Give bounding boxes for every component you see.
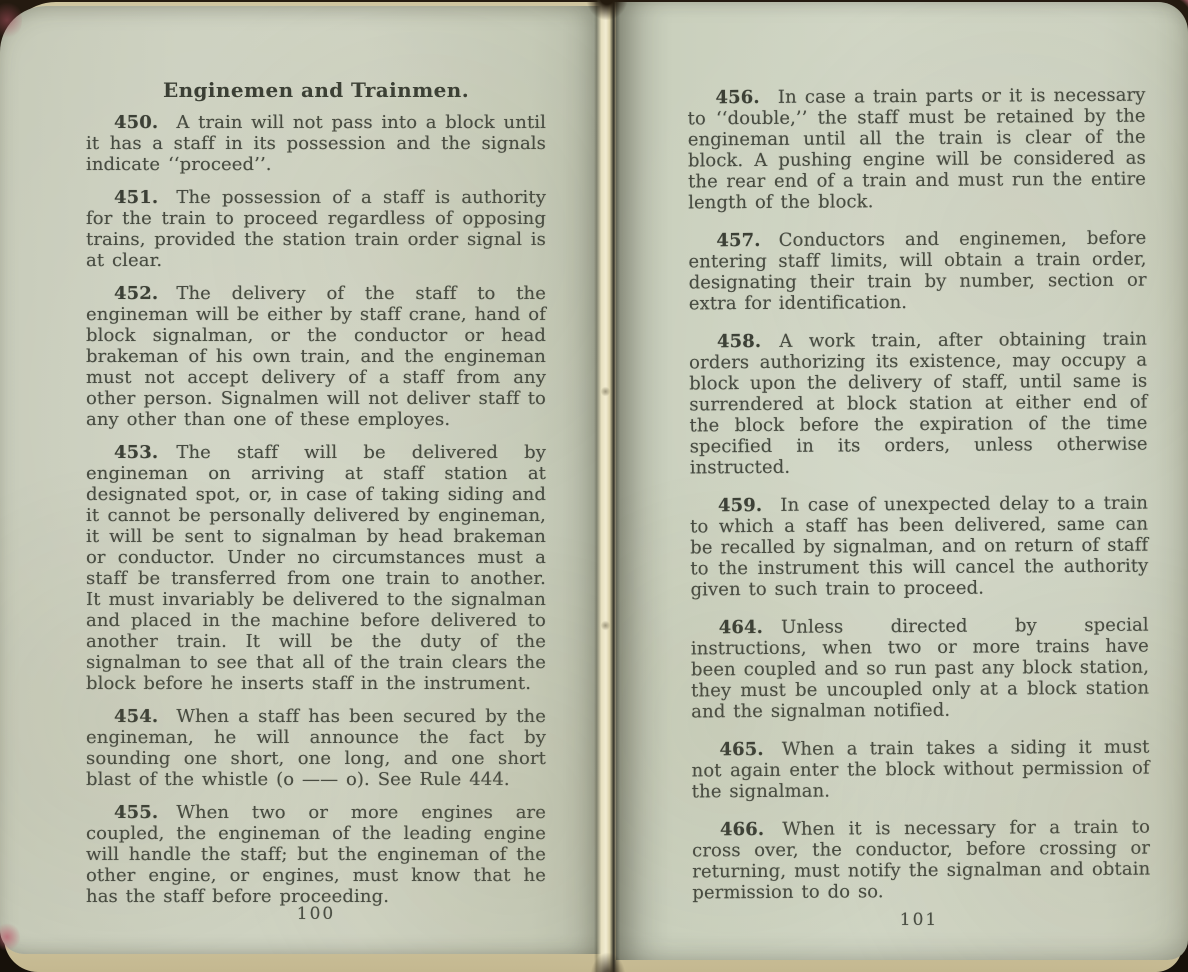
- page-header: Enginemen and Trainmen.: [86, 78, 546, 102]
- rule-paragraph: 457. Conductors and enginemen, before en…: [688, 228, 1147, 315]
- rule-number: 451.: [114, 187, 158, 208]
- rule-number: 454.: [114, 706, 158, 727]
- rule-number: 453.: [114, 442, 158, 463]
- book-scan: Enginemen and Trainmen. 450. A train wil…: [0, 0, 1188, 972]
- rule-number: 452.: [114, 283, 158, 304]
- right-page: 456. In case a train parts or it is nece…: [616, 2, 1188, 960]
- rule-paragraph: 466. When it is necessary for a train to…: [692, 817, 1151, 904]
- rule-paragraph: 450. A train will not pass into a block …: [86, 112, 546, 175]
- rule-number: 457.: [716, 230, 760, 251]
- rule-number: 456.: [715, 87, 759, 108]
- rule-paragraph: 456. In case a train parts or it is nece…: [687, 85, 1146, 214]
- cover-edge-top-right: [1146, 0, 1188, 44]
- cover-edge-bottom-left: [0, 922, 20, 952]
- left-page-content: Enginemen and Trainmen. 450. A train wil…: [86, 78, 546, 919]
- rule-paragraph: 455. When two or more engines are couple…: [86, 802, 546, 907]
- rule-number: 464.: [719, 617, 763, 638]
- rule-paragraph: 465. When a train takes a siding it must…: [691, 737, 1149, 803]
- rule-number: 466.: [720, 819, 764, 840]
- left-page-rules: 450. A train will not pass into a block …: [86, 112, 546, 907]
- page-number-right: 101: [690, 910, 1148, 930]
- rule-number: 465.: [719, 739, 763, 760]
- page-number-left: 100: [86, 904, 546, 924]
- rule-paragraph: 452. The delivery of the staff to the en…: [86, 283, 546, 430]
- rule-paragraph: 454. When a staff has been secured by th…: [86, 706, 546, 790]
- rule-paragraph: 451. The possession of a staff is author…: [86, 187, 546, 271]
- rule-number: 450.: [114, 112, 158, 133]
- rule-paragraph: 464. Unless directed by special instruct…: [691, 615, 1150, 723]
- rule-number: 459.: [718, 495, 762, 516]
- rule-paragraph: 459. In case of unexpected delay to a tr…: [690, 493, 1149, 601]
- cover-edge-top-left: [0, 0, 22, 40]
- rule-number: 455.: [114, 802, 158, 823]
- right-page-content: 456. In case a train parts or it is nece…: [687, 85, 1150, 921]
- rule-paragraph: 453. The staff will be delivered by engi…: [86, 442, 546, 694]
- left-page: Enginemen and Trainmen. 450. A train wil…: [0, 6, 604, 954]
- rule-paragraph: 458. A work train, after obtaining train…: [689, 329, 1148, 479]
- rule-number: 458.: [717, 331, 761, 352]
- right-page-rules: 456. In case a train parts or it is nece…: [687, 85, 1150, 904]
